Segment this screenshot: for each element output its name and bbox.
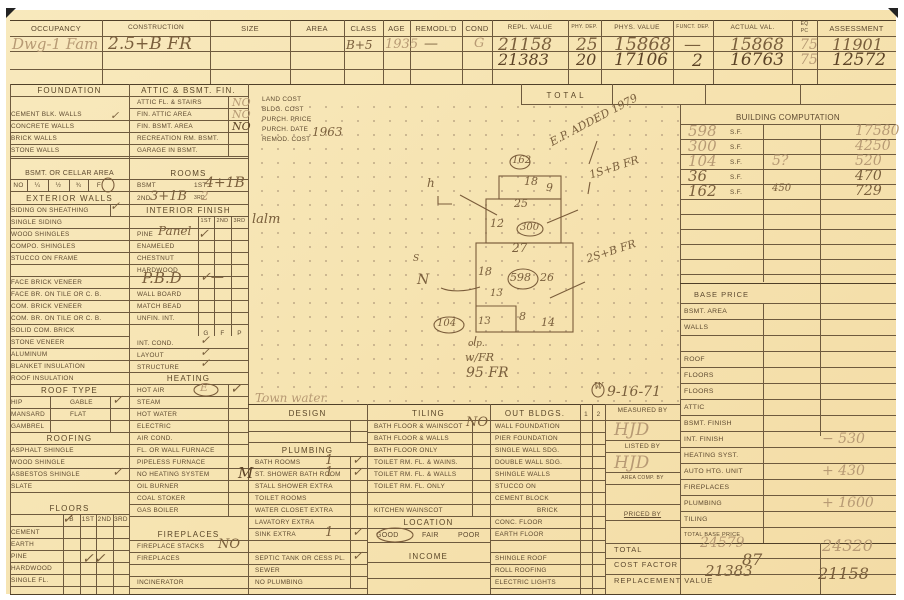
phys-value-revised: 17106 bbox=[614, 52, 668, 69]
rule-line bbox=[680, 527, 896, 528]
repl-value-revised: 21383 bbox=[498, 52, 549, 68]
measured-by-value: HJD bbox=[614, 422, 649, 439]
base-price-item: TILING bbox=[684, 517, 708, 524]
roofing-item: WOOD SHINGLE bbox=[11, 460, 65, 466]
column-header: SIZE bbox=[210, 25, 290, 33]
compass-s: S bbox=[413, 255, 419, 264]
floors-check: ✓ bbox=[62, 512, 74, 526]
attic-title: ATTIC & BSMT. FIN. bbox=[129, 87, 248, 95]
rule-line bbox=[490, 444, 605, 445]
total-label: TOTAL bbox=[521, 92, 612, 100]
out-bldg-item: ROLL ROOFING bbox=[495, 568, 547, 574]
heating-check: ✓ bbox=[230, 382, 242, 396]
floor-col: 1ST bbox=[80, 517, 96, 523]
priced-by-label: PRICED BY bbox=[605, 512, 680, 518]
bsmt-area-option: F bbox=[88, 183, 110, 189]
exterior-wall-item: COMPO. SHINGLES bbox=[11, 244, 76, 250]
rule-line bbox=[680, 303, 896, 304]
attic-item: FIN. ATTIC AREA bbox=[137, 112, 192, 118]
interior-finish-item: PINE bbox=[137, 232, 153, 238]
base-price-item: FLOORS bbox=[684, 373, 714, 380]
tiling-mark: NO bbox=[466, 416, 488, 429]
column-header: EQ bbox=[792, 22, 817, 27]
plumbing-item: SINK EXTRA bbox=[255, 532, 296, 538]
computation-unit: S.F. bbox=[730, 175, 742, 181]
rule-line bbox=[129, 588, 248, 589]
exterior-check: ✓ bbox=[110, 200, 120, 212]
interior-note-panel: Panel bbox=[158, 225, 191, 237]
attic-item: GARAGE IN BSMT. bbox=[137, 148, 198, 154]
heating-item: PIPELESS FURNACE bbox=[137, 460, 205, 466]
main-area: 598 bbox=[510, 272, 531, 283]
floor-item: SINGLE FL. bbox=[11, 578, 48, 584]
rule-line bbox=[10, 444, 129, 445]
plumbing-item: STALL SHOWER EXTRA bbox=[255, 484, 333, 490]
roof-type-item: MANSARD bbox=[11, 412, 45, 418]
plumbing-item: BATH ROOMS bbox=[255, 460, 301, 466]
rule-line bbox=[350, 420, 351, 442]
rule-line bbox=[10, 300, 129, 301]
rule-line bbox=[129, 408, 248, 409]
rule-line bbox=[680, 399, 896, 400]
heating-item: HOT AIR bbox=[137, 388, 165, 394]
rule-line bbox=[680, 244, 896, 245]
interior-side-note: lalm bbox=[252, 213, 280, 226]
rule-line bbox=[490, 576, 605, 577]
plumbing-item: SEWER bbox=[255, 568, 280, 574]
rooms-third-value: 2 bbox=[201, 190, 209, 202]
rule-line bbox=[10, 348, 129, 349]
exterior-wall-item: SOLID COM. BRICK bbox=[11, 328, 75, 334]
condition-col-header: F bbox=[214, 331, 231, 337]
bsmt-area-title: BSMT. OR CELLAR AREA bbox=[10, 170, 129, 177]
rule-line bbox=[680, 104, 681, 594]
roof-type-item: GAMBREL bbox=[11, 424, 44, 430]
floor-col: 3RD bbox=[113, 517, 129, 523]
roof-type-check: ✓ bbox=[112, 394, 123, 407]
roofing-item: ASPHALT SHINGLE bbox=[11, 448, 74, 454]
heating-item: GAS BOILER bbox=[137, 508, 179, 514]
dim: 13 bbox=[478, 317, 491, 327]
rule-line bbox=[10, 586, 129, 587]
base-price-item: FIREPLACES bbox=[684, 485, 729, 492]
out-bldg-col: 2 bbox=[592, 412, 605, 418]
rule-line bbox=[129, 348, 248, 349]
interior-finish-item: MATCH BEAD bbox=[137, 304, 181, 310]
column-header: PHY. DEP. bbox=[568, 25, 601, 30]
rule-line bbox=[10, 191, 248, 192]
rule-line bbox=[10, 204, 248, 205]
rule-line bbox=[129, 516, 248, 517]
roof-type-item: FLAT bbox=[70, 412, 86, 418]
plumbing-check: ✓ bbox=[352, 526, 363, 539]
out-bldg-item: BRICK bbox=[537, 508, 558, 514]
assessment-revised: 12572 bbox=[832, 52, 886, 69]
rule-line bbox=[680, 214, 896, 215]
exterior-wall-item: STONE VENEER bbox=[11, 340, 65, 346]
total-label: TOTAL bbox=[614, 546, 642, 554]
base-price-item: HEATING SYST. bbox=[684, 453, 738, 460]
rule-line bbox=[130, 132, 248, 133]
rule-line bbox=[490, 456, 605, 457]
construction-value: 2.5+B FR bbox=[108, 36, 192, 53]
dim: 8 bbox=[519, 311, 526, 322]
column-header: COND bbox=[462, 25, 492, 33]
attic-item: RECREATION RM. BSMT. bbox=[137, 136, 219, 142]
listed-by-value: HJD bbox=[614, 455, 649, 472]
tiling-item: KITCHEN WAINSCOT bbox=[374, 508, 443, 514]
tiling-item: BATH FLOOR ONLY bbox=[374, 448, 438, 454]
rule-line bbox=[521, 104, 896, 105]
plumbing-item: NO PLUMBING bbox=[255, 580, 303, 586]
rule-line bbox=[248, 84, 249, 594]
out-bldg-item: ELECTRIC LIGHTS bbox=[495, 580, 556, 586]
porch-note: o.p. bbox=[468, 340, 485, 349]
interior-finish-item: ENAMELED bbox=[137, 244, 175, 250]
floor-item: HARDWOOD bbox=[11, 566, 52, 572]
rule-line bbox=[763, 303, 764, 543]
rule-line bbox=[10, 84, 896, 85]
heating-mark: E bbox=[200, 382, 208, 393]
rule-line bbox=[490, 588, 605, 589]
foundation-check: ✓ bbox=[110, 110, 119, 121]
plumbing-title: PLUMBING bbox=[248, 447, 367, 455]
rule-line bbox=[10, 360, 129, 361]
interior-check: ✓— bbox=[200, 271, 224, 284]
rule-line bbox=[367, 578, 490, 579]
fireplace-item: INCINERATOR bbox=[137, 580, 184, 586]
out-bldg-item: SHINGLE ROOF bbox=[495, 556, 547, 562]
phy-dep-revised: 20 bbox=[576, 52, 596, 68]
computation-area: 162 bbox=[688, 184, 717, 199]
interior-finish-title: INTERIOR FINISH bbox=[129, 207, 248, 215]
cost-factor-label: COST FACTOR bbox=[614, 561, 678, 569]
rule-line bbox=[367, 528, 490, 529]
base-price-item: ROOF bbox=[684, 357, 705, 364]
rule-line bbox=[10, 144, 129, 145]
rule-line bbox=[10, 480, 129, 481]
rule-line bbox=[680, 415, 896, 416]
land-item: BLDG. COST bbox=[262, 107, 304, 113]
rule-line bbox=[490, 420, 605, 421]
rule-line bbox=[129, 420, 248, 421]
dim: 9 bbox=[546, 182, 553, 193]
date-initial: W bbox=[594, 383, 603, 392]
computation-unit: S.F. bbox=[730, 145, 742, 151]
base-price-item: INT. FINISH bbox=[684, 437, 724, 444]
column-header: CLASS bbox=[344, 25, 383, 33]
rule-line bbox=[10, 156, 129, 157]
rule-line bbox=[10, 288, 129, 289]
floor-col: 2ND bbox=[96, 517, 113, 523]
exterior-wall-item: COM. BR. ON TILE OR C. B. bbox=[11, 316, 101, 322]
exterior-wall-item: ROOF INSULATION bbox=[11, 376, 74, 382]
funct-dep-revised: 2 bbox=[692, 53, 703, 70]
fireplace-item: FIREPLACE STACKS bbox=[137, 544, 204, 550]
rule-line bbox=[472, 420, 473, 516]
rule-line bbox=[680, 511, 896, 512]
rule-line bbox=[129, 552, 248, 553]
dim: 12 bbox=[490, 218, 504, 229]
rule-line bbox=[10, 574, 129, 575]
land-item: PURCH. DATE bbox=[262, 127, 308, 133]
rule-line bbox=[490, 432, 605, 433]
rule-line bbox=[490, 516, 605, 517]
rule-line bbox=[490, 468, 605, 469]
exterior-wall-item: COM. BRICK VENEER bbox=[11, 304, 82, 310]
cond-check: ✓ bbox=[200, 357, 210, 369]
rule-line bbox=[10, 408, 129, 409]
rule-line bbox=[680, 229, 896, 230]
out-bldg-item: DOUBLE WALL SDG. bbox=[495, 460, 562, 466]
rule-line bbox=[680, 259, 896, 260]
ep-area: 162 bbox=[512, 156, 531, 166]
design-title: DESIGN bbox=[248, 410, 367, 418]
dim: 18 bbox=[478, 266, 492, 277]
rule-line bbox=[680, 351, 896, 352]
rule-line bbox=[130, 144, 248, 145]
computation-value: 520 bbox=[855, 154, 882, 168]
rule-line bbox=[228, 384, 229, 516]
rule-line bbox=[129, 504, 248, 505]
roofing-item: ASBESTOS SHINGLE bbox=[11, 472, 80, 478]
rule-line bbox=[605, 504, 680, 505]
rule-line bbox=[10, 562, 129, 563]
condition-col-header: P bbox=[231, 331, 248, 337]
exterior-wall-item: STUCCO ON FRAME bbox=[11, 256, 78, 262]
column-header: AGE bbox=[383, 25, 410, 33]
actual-value-revised: 16763 bbox=[730, 52, 784, 69]
rule-line bbox=[605, 404, 606, 594]
rule-line bbox=[130, 108, 248, 109]
occupancy-value: Dwg-1 Fam bbox=[12, 37, 98, 52]
column-header: FUNCT. DEP. bbox=[673, 25, 713, 30]
out-bldg-item: PIER FOUNDATION bbox=[495, 436, 558, 442]
base-price-title: BASE PRICE bbox=[680, 291, 763, 299]
column-header: REPL. VALUE bbox=[492, 25, 568, 32]
column-header: OCCUPANCY bbox=[10, 25, 102, 33]
out-bldgs-title: OUT BLDGS. bbox=[490, 410, 580, 418]
rule-line bbox=[605, 440, 680, 441]
porch-note: 95 FR bbox=[466, 366, 509, 380]
plumbing-item: LAVATORY EXTRA bbox=[255, 520, 315, 526]
foundation-item: CEMENT BLK. WALLS bbox=[11, 112, 82, 118]
out-bldg-item: STUCCO ON bbox=[495, 484, 536, 490]
rule-line bbox=[680, 274, 896, 275]
rule-line bbox=[490, 504, 605, 505]
fireplace-mark: NO bbox=[218, 538, 240, 551]
rule-line bbox=[490, 564, 605, 565]
inspection-date: 9-16-71 bbox=[607, 385, 661, 399]
computation-value: 4250 bbox=[855, 139, 891, 153]
out-bldg-item: SINGLE WALL SDG. bbox=[495, 448, 559, 454]
foundation-item: CONCRETE WALLS bbox=[11, 124, 74, 130]
floor-col-header: 1ST bbox=[198, 219, 214, 225]
column-header: ACTUAL VAL. bbox=[713, 25, 792, 32]
dim: 14 bbox=[541, 317, 555, 328]
rule-line bbox=[10, 264, 129, 265]
heating-item: OIL BURNER bbox=[137, 484, 179, 490]
rule-line bbox=[490, 552, 605, 553]
eq-pc-revised: 75 bbox=[800, 53, 818, 67]
interior-check: ✓ bbox=[198, 228, 209, 241]
plumbing-count: 1 bbox=[325, 526, 333, 539]
rooms-second-value: 3+1B bbox=[150, 190, 187, 203]
replacement-mid-value: 21383 bbox=[705, 564, 753, 579]
attic-mark: NO bbox=[232, 121, 251, 132]
attic-mark: NO bbox=[232, 97, 251, 108]
land-item: PURCH. PRICE bbox=[262, 117, 311, 123]
rule-line bbox=[110, 396, 111, 432]
rule-line bbox=[10, 594, 896, 595]
rule-line bbox=[490, 540, 605, 541]
rule-line bbox=[231, 216, 232, 336]
bsmt-area-option: ¾ bbox=[69, 183, 88, 189]
out-bldg-item: CONC. FLOOR bbox=[495, 520, 543, 526]
rule-line bbox=[10, 336, 129, 337]
floors-check: ✓✓ bbox=[82, 552, 105, 566]
roofing-check: ✓ bbox=[112, 466, 123, 479]
roofing-item: SLATE bbox=[11, 484, 32, 490]
dim: 18 bbox=[524, 176, 538, 187]
rule-line bbox=[130, 120, 248, 121]
interior-finish-item: CHESTNUT bbox=[137, 256, 174, 262]
floor-col-header: 2ND bbox=[214, 219, 231, 225]
class-value: B+5 bbox=[346, 39, 373, 51]
out-bldg-item: SHINGLE WALLS bbox=[495, 472, 550, 478]
exterior-wall-item: WOOD SHINGLES bbox=[11, 232, 70, 238]
heating-item: AIR COND. bbox=[137, 436, 173, 442]
rule-line bbox=[10, 240, 129, 241]
replacement-value: 21158 bbox=[818, 566, 869, 582]
foundation-item: BRICK WALLS bbox=[11, 136, 57, 142]
rule-line bbox=[605, 520, 680, 521]
rule-line bbox=[129, 360, 248, 361]
computation-value: 729 bbox=[855, 184, 882, 198]
rule-line bbox=[605, 543, 680, 544]
measured-by-label: MEASURED BY bbox=[605, 408, 680, 414]
heating-item: NO HEATING SYSTEM bbox=[137, 472, 209, 478]
rule-line bbox=[129, 468, 248, 469]
rule-line bbox=[10, 432, 129, 433]
interior-note-pbd: P.B.D bbox=[142, 271, 182, 286]
exterior-wall-item: BLANKET INSULATION bbox=[11, 364, 85, 370]
rule-line bbox=[800, 84, 801, 104]
rule-line bbox=[680, 335, 896, 336]
computation-value: 17580 bbox=[855, 124, 900, 138]
compass-n: N bbox=[417, 273, 429, 287]
location-title: LOCATION bbox=[367, 519, 490, 527]
base-price-item: WALLS bbox=[684, 325, 708, 332]
floor-item: EARTH bbox=[11, 542, 34, 548]
condition-item: INT. COND. bbox=[137, 341, 174, 347]
rule-line bbox=[129, 84, 130, 594]
base-price-value: + 430 bbox=[822, 464, 865, 478]
rule-line bbox=[490, 528, 605, 529]
exterior-wall-item: FACE BR. ON TILE OR C. B. bbox=[11, 292, 101, 298]
column-header: AREA bbox=[290, 25, 344, 33]
rule-line bbox=[248, 588, 367, 589]
rule-line bbox=[10, 550, 129, 551]
area-comp-label: AREA COMP. BY bbox=[605, 476, 680, 481]
location-option: GOOD bbox=[376, 532, 399, 539]
bsmt-area-option: ½ bbox=[48, 183, 69, 189]
eq-pc-value: 75 bbox=[800, 38, 818, 52]
rule-line bbox=[10, 456, 129, 457]
card-corner-cut bbox=[888, 8, 898, 18]
replacement-value-label: REPLACEMENT VALUE bbox=[614, 577, 713, 585]
column-header: PC bbox=[792, 29, 817, 34]
base-price-value: + 1600 bbox=[822, 496, 874, 510]
heating-item: ELECTRIC bbox=[137, 424, 171, 430]
listed-by-label: LISTED BY bbox=[605, 444, 680, 450]
card-corner-cut bbox=[6, 8, 16, 18]
location-option: POOR bbox=[458, 532, 480, 539]
base-price-value: − 530 bbox=[822, 432, 865, 446]
rule-line bbox=[350, 456, 351, 588]
rule-line bbox=[129, 480, 248, 481]
out-bldg-item: WALL FOUNDATION bbox=[495, 424, 560, 430]
plumbing-check: ✓ bbox=[352, 466, 363, 479]
rooms-second-label: 2ND bbox=[137, 196, 151, 202]
rule-line bbox=[605, 484, 680, 485]
condition-item: LAYOUT bbox=[137, 353, 164, 359]
attic-item: ATTIC FL. & STAIRS bbox=[137, 100, 202, 106]
land-item: LAND COST bbox=[262, 97, 301, 103]
age-value: 1935 bbox=[385, 38, 418, 51]
rule-line bbox=[10, 384, 248, 385]
plumbing-item: SEPTIC TANK OR CESS PL. bbox=[255, 556, 345, 562]
rule-line bbox=[680, 283, 896, 284]
exterior-wall-item: SIDING ON SHEATHING bbox=[11, 208, 89, 214]
rule-line bbox=[129, 576, 248, 577]
land-item: REMOD. COST bbox=[262, 137, 310, 143]
roofing-title: ROOFING bbox=[10, 435, 129, 443]
rule-line bbox=[129, 444, 248, 445]
rule-line bbox=[129, 432, 248, 433]
rule-line bbox=[490, 480, 605, 481]
rule-line bbox=[10, 96, 248, 97]
rooms-first-value: 4+1B bbox=[205, 176, 245, 190]
floor-col-header: 3RD bbox=[231, 219, 248, 225]
compass-h: h bbox=[427, 177, 435, 189]
computation-rate: 450 bbox=[772, 184, 791, 194]
porch-note: w/FR bbox=[465, 352, 494, 363]
floor-item: PINE bbox=[11, 554, 27, 560]
out-bldg-col: 1 bbox=[580, 412, 592, 418]
plumbing-side-mark: M bbox=[238, 466, 253, 481]
heating-item: FL. OR WALL FURNACE bbox=[137, 448, 215, 454]
rule-line bbox=[129, 456, 248, 457]
rule-line bbox=[367, 562, 490, 563]
plumbing-item: TOILET ROOMS bbox=[255, 496, 307, 502]
column-header: ASSESSMENT bbox=[817, 25, 896, 33]
computation-value: 470 bbox=[855, 169, 882, 183]
location-option: FAIR bbox=[422, 532, 439, 539]
tiling-item: BATH FLOOR & WAINSCOT bbox=[374, 424, 463, 430]
income-title: INCOME bbox=[367, 553, 490, 561]
rule-line bbox=[605, 404, 680, 405]
rule-line bbox=[10, 492, 129, 493]
rule-line bbox=[10, 20, 896, 21]
purch-date-value: 1963 bbox=[312, 126, 343, 138]
plumbing-count: 1 bbox=[325, 466, 333, 479]
total-mid-value: 24579 bbox=[700, 536, 745, 550]
heating-item: STEAM bbox=[137, 400, 161, 406]
rule-line bbox=[129, 372, 248, 373]
column-header: PHYS. VALUE bbox=[601, 25, 673, 32]
floor-item: CEMENT bbox=[11, 530, 40, 536]
